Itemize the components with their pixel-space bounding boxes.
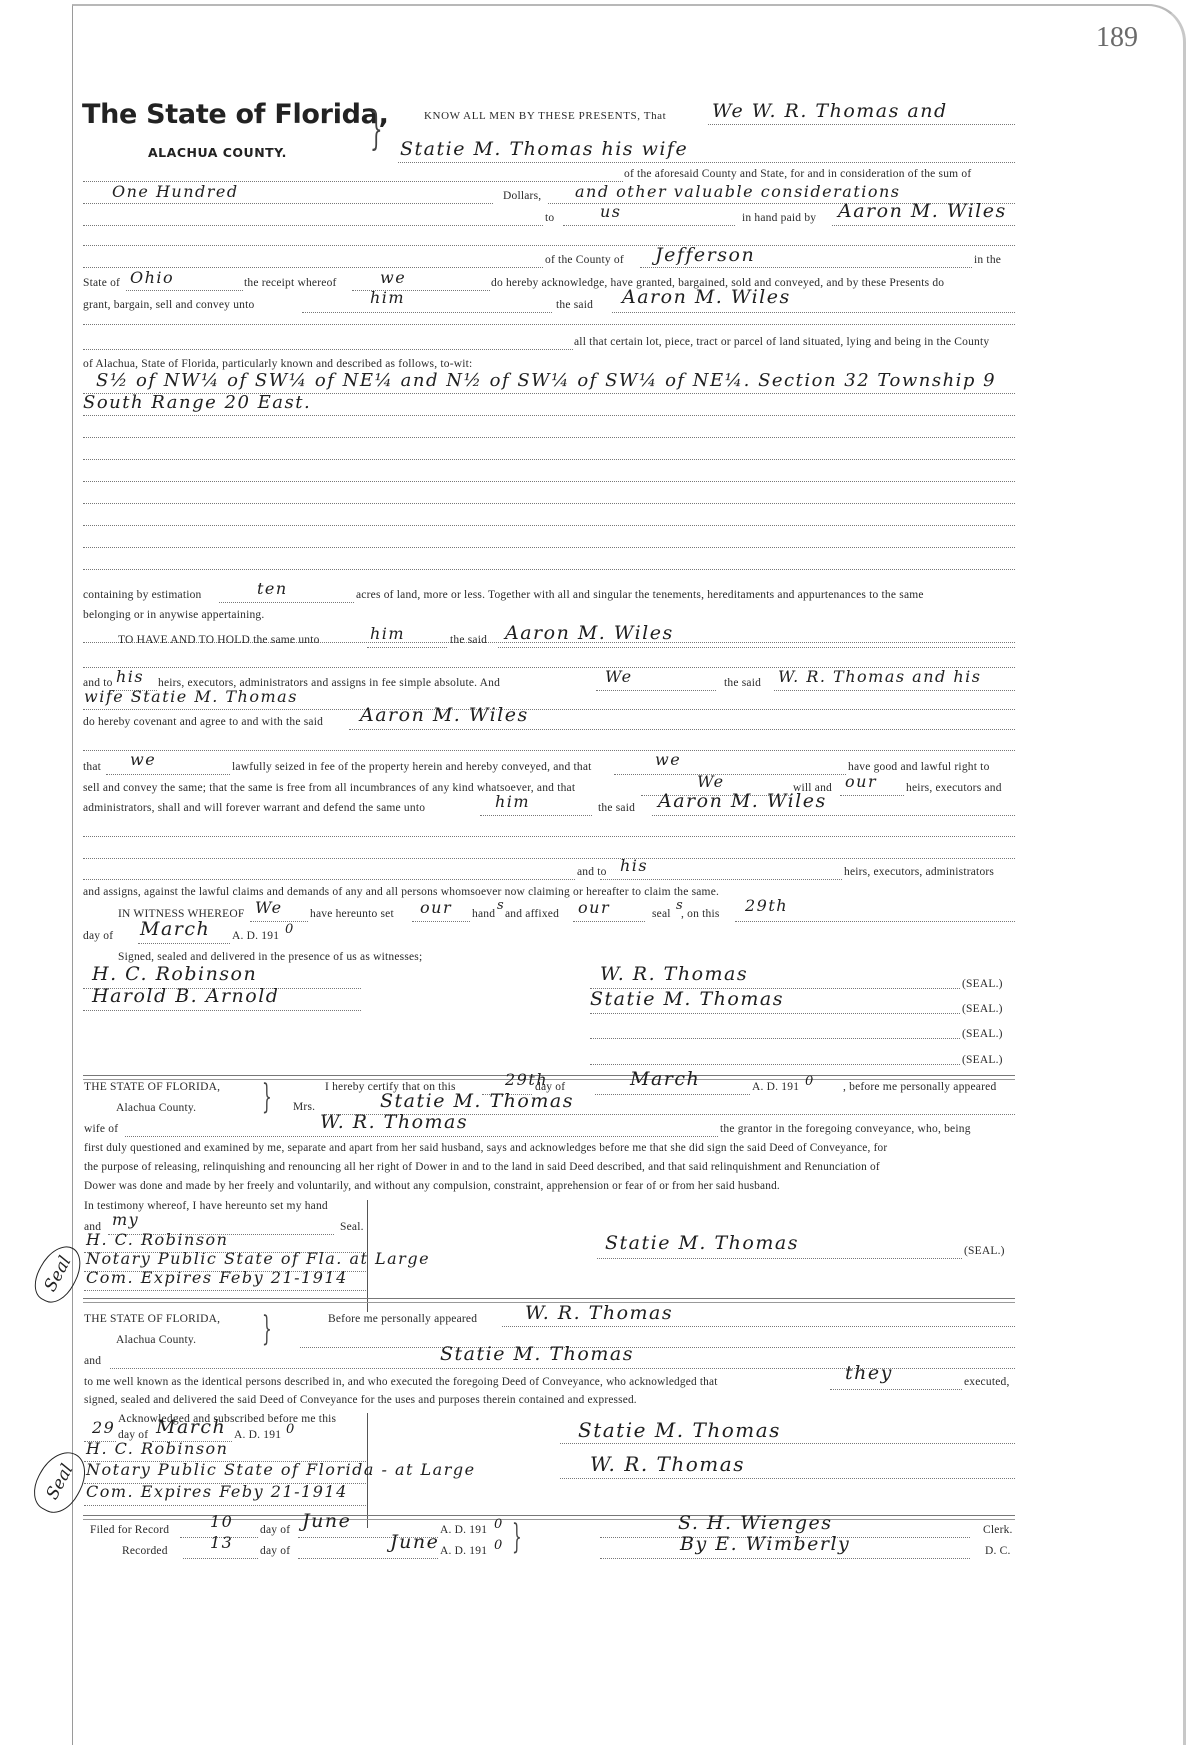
- filed-day: 10: [210, 1512, 233, 1531]
- and-value: We: [605, 667, 633, 686]
- clerk-label: Clerk.: [983, 1524, 1013, 1536]
- signed-sealed-text: Signed, sealed and delivered in the pres…: [118, 951, 422, 963]
- joint-ad: A. D. 191: [234, 1429, 281, 1441]
- seized-text: lawfully seized in fee of the property h…: [232, 761, 592, 773]
- executed-label: executed,: [964, 1376, 1010, 1388]
- joint-ack-county: Alachua County.: [116, 1334, 196, 1346]
- aforesaid-text: of the aforesaid County and State, for a…: [624, 168, 971, 180]
- the-said-label: the said: [556, 299, 593, 311]
- acknowledged-text: Acknowledged and subscribed before me th…: [118, 1413, 336, 1425]
- witness-2: Harold B. Arnold: [92, 985, 279, 1007]
- seal-label: seal: [652, 908, 671, 920]
- joint-notary-comm: Com. Expires Feby 21-1914: [86, 1482, 348, 1501]
- recorded-year-digit: 0: [494, 1538, 504, 1553]
- to-have-text: TO HAVE AND TO HOLD the same unto: [118, 634, 320, 646]
- covenant-value: Aaron M. Wiles: [360, 704, 529, 726]
- seized-value: we: [655, 750, 681, 769]
- wife-ack-seal: (SEAL.): [964, 1245, 1005, 1257]
- grantors-line1: We W. R. Thomas and: [712, 100, 948, 122]
- signed-delivered-text: signed, sealed and delivered the said De…: [84, 1394, 637, 1406]
- the-said2-label: the said: [724, 677, 761, 689]
- signature-1: W. R. Thomas: [600, 963, 748, 985]
- recorded-day: 13: [210, 1533, 233, 1552]
- wife-ack-para3: Dower was done and made by her freely an…: [84, 1180, 780, 1192]
- receipt-label: the receipt whereof: [244, 277, 337, 289]
- of-alachua-text: of Alachua, State of Florida, particular…: [83, 358, 472, 370]
- affixed-label: and affixed: [505, 908, 559, 920]
- joint-and-label: and: [84, 1355, 101, 1367]
- on-this-label: , on this: [681, 908, 720, 920]
- in-the-label: in the: [974, 254, 1001, 266]
- witness-1: H. C. Robinson: [92, 963, 257, 985]
- our-value-2: our: [578, 898, 610, 917]
- seal-label-1: (SEAL.): [962, 978, 1003, 990]
- they-value: they: [845, 1362, 893, 1384]
- assigns-text: and assigns, against the lawful claims a…: [83, 886, 719, 898]
- header-brace: }: [370, 108, 383, 152]
- wife-ack-brace: }: [262, 1080, 272, 1114]
- grantor-text: the grantor in the foregoing conveyance,…: [720, 1123, 971, 1135]
- ad-label: A. D. 191: [232, 930, 279, 942]
- joint-day: 29: [92, 1418, 115, 1437]
- and-to-label: and to: [577, 866, 607, 878]
- witness-who: We: [255, 898, 283, 917]
- grantor-names: W. R. Thomas and his: [778, 667, 981, 686]
- filed-year-digit: 0: [494, 1517, 504, 1532]
- testimony-seal-label: Seal.: [340, 1221, 364, 1233]
- wife-ack-year-digit: 0: [805, 1074, 815, 1089]
- all-that-text: all that certain lot, piece, tract or pa…: [574, 336, 989, 348]
- land-description-line1: S½ of NW¼ of SW¼ of NE¼ and N½ of SW¼ of…: [96, 370, 996, 391]
- joint-person-2: Statie M. Thomas: [440, 1343, 634, 1365]
- paid-by-label: in hand paid by: [742, 212, 816, 224]
- seal-label-3: (SEAL.): [962, 1028, 1003, 1040]
- know-all-men: KNOW ALL MEN BY THESE PRESENTS, That: [424, 110, 666, 122]
- wife-ack-signature: Statie M. Thomas: [605, 1232, 799, 1254]
- filed-day-of: day of: [260, 1524, 290, 1536]
- have-set-label: have hereunto set: [310, 908, 394, 920]
- wife-notary-comm: Com. Expires Feby 21-1914: [86, 1268, 348, 1287]
- other-consideration: and other valuable considerations: [575, 182, 901, 201]
- joint-ack-state: THE STATE OF FLORIDA,: [84, 1313, 220, 1325]
- that-label: that: [83, 761, 101, 773]
- containing-label: containing by estimation: [83, 589, 202, 601]
- wife-notary-name: H. C. Robinson: [86, 1230, 228, 1249]
- will-value: our: [845, 772, 877, 791]
- state-title: The State of Florida,: [82, 99, 389, 130]
- well-known-text: to me well known as the identical person…: [84, 1376, 718, 1388]
- wife-of-label: wife of: [84, 1123, 118, 1135]
- covenant-text: do hereby covenant and agree to and with…: [83, 716, 323, 728]
- before-me-text: , before me personally appeared: [843, 1081, 996, 1093]
- acres-text: acres of land, more or less. Together wi…: [356, 589, 924, 601]
- heirs-admin-text: heirs, executors, administrators: [844, 866, 994, 878]
- that-value: we: [130, 750, 156, 769]
- page-number: 189: [1096, 22, 1138, 54]
- admin-value: him: [495, 792, 530, 811]
- seal-label-4: (SEAL.): [962, 1054, 1003, 1066]
- before-me-label: Before me personally appeared: [328, 1313, 477, 1325]
- wife-ack-ad: A. D. 191: [752, 1081, 799, 1093]
- witness-day: 29th: [745, 896, 788, 915]
- recorded-label: Recorded: [122, 1545, 168, 1557]
- wife-of-value: W. R. Thomas: [320, 1111, 468, 1133]
- sell-value: We: [697, 772, 725, 791]
- hand-label: hand: [472, 908, 495, 920]
- wife-ack-month: March: [630, 1068, 700, 1090]
- county-label: of the County of: [545, 254, 624, 266]
- filed-label: Filed for Record: [90, 1524, 169, 1536]
- land-description-line2: South Range 20 East.: [83, 392, 311, 413]
- dollars-label: Dollars,: [503, 190, 541, 202]
- grantors-line2: Statie M. Thomas his wife: [400, 138, 688, 160]
- joint-month: March: [156, 1416, 226, 1438]
- receipt-value: we: [380, 268, 406, 287]
- and-to-value: his: [620, 856, 648, 875]
- the-said-label: the said: [598, 802, 635, 814]
- wife-notary-title: Notary Public State of Fla. at Large: [86, 1249, 430, 1268]
- section-divider: [83, 1075, 1015, 1080]
- grantee-name: Aaron M. Wiles: [622, 286, 791, 308]
- joint-person-1: W. R. Thomas: [525, 1302, 673, 1324]
- state-value: Ohio: [130, 268, 174, 287]
- county-value: Jefferson: [655, 244, 755, 266]
- witness-year-digit: 0: [285, 922, 295, 937]
- joint-ack-brace: }: [262, 1312, 272, 1346]
- wife-ack-para1: first duly questioned and examined by me…: [84, 1142, 887, 1154]
- hand-suffix: s: [497, 898, 505, 913]
- grant-label: grant, bargain, sell and convey unto: [83, 299, 254, 311]
- mrs-value: Statie M. Thomas: [380, 1090, 574, 1112]
- warranty-grantee: Aaron M. Wiles: [658, 790, 827, 812]
- filed-ad: A. D. 191: [440, 1524, 487, 1536]
- clerk-signature: S. H. Wienges: [678, 1512, 832, 1534]
- seal-label-2: (SEAL.): [962, 1003, 1003, 1015]
- acres-value: ten: [257, 579, 288, 598]
- signature-2: Statie M. Thomas: [590, 988, 784, 1010]
- dc-label: D. C.: [985, 1545, 1011, 1557]
- testimony-and-value: my: [112, 1210, 139, 1229]
- dc-signature: By E. Wimberly: [680, 1533, 850, 1555]
- mrs-label: Mrs.: [293, 1101, 315, 1113]
- his-value: his: [116, 667, 144, 686]
- administrators-text: administrators, shall and will forever w…: [83, 802, 425, 814]
- filed-month: June: [302, 1510, 351, 1532]
- to-value: us: [600, 202, 622, 221]
- unto-value: him: [370, 624, 405, 643]
- grantor-names2: wife Statie M. Thomas: [84, 687, 298, 706]
- consideration-amount: One Hundred: [112, 182, 239, 201]
- joint-notary-name: H. C. Robinson: [86, 1439, 228, 1458]
- belonging-text: belonging or in anywise appertaining.: [83, 609, 264, 621]
- grant-value: him: [370, 288, 405, 307]
- joint-signature-1: Statie M. Thomas: [578, 1418, 781, 1442]
- county-heading: ALACHUA COUNTY.: [148, 145, 287, 160]
- recorded-month: June: [390, 1531, 439, 1553]
- paid-by-value: Aaron M. Wiles: [838, 200, 1007, 222]
- recorded-day-of: day of: [260, 1545, 290, 1557]
- the-said-label: the said: [450, 634, 487, 646]
- wife-ack-para2: the purpose of releasing, relinquishing …: [84, 1161, 880, 1173]
- habendum-grantee: Aaron M. Wiles: [505, 622, 674, 644]
- filing-brace: }: [512, 1520, 522, 1554]
- witness-month: March: [140, 918, 210, 940]
- wife-ack-county: Alachua County.: [116, 1102, 196, 1114]
- joint-signature-2: W. R. Thomas: [590, 1452, 745, 1476]
- to-label: to: [545, 212, 554, 224]
- our-value-1: our: [420, 898, 452, 917]
- joint-year-digit: 0: [286, 1422, 296, 1437]
- state-label: State of: [83, 277, 120, 289]
- wife-ack-state: THE STATE OF FLORIDA,: [84, 1081, 220, 1093]
- recorded-ad: A. D. 191: [440, 1545, 487, 1557]
- day-of-label: day of: [83, 930, 113, 942]
- heirs-exec-text: heirs, executors and: [906, 782, 1002, 794]
- joint-notary-title: Notary Public State of Florida - at Larg…: [86, 1460, 476, 1479]
